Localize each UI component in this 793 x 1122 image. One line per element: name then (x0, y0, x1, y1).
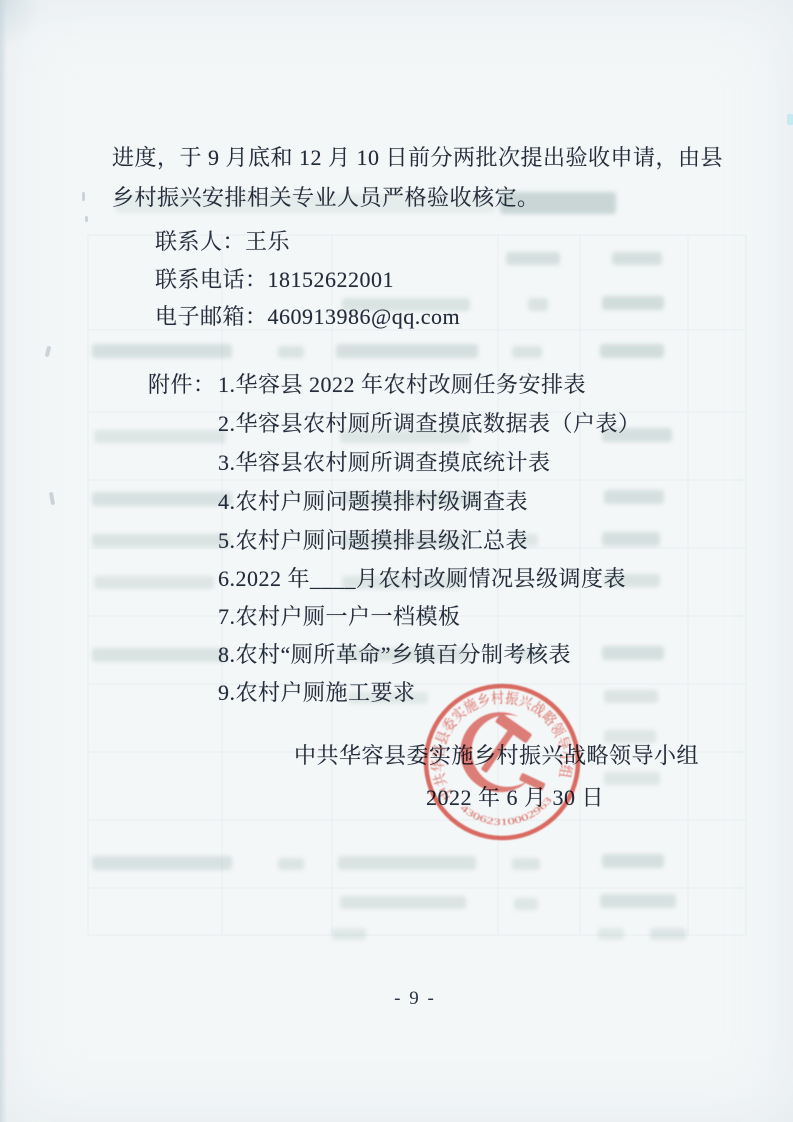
attachment-item: 6.2022 年____月农村改厕情况县级调度表 (218, 565, 626, 593)
seal-ring-text: 中共华容县委实施乡村振兴战略领导小组 (418, 678, 578, 803)
contact-phone-line: 联系电话：18152622001 (155, 266, 394, 294)
attachment-item: 3.华容县农村厕所调查摸底统计表 (218, 449, 551, 477)
attachment-item: 9.农村户厕施工要求 (218, 679, 416, 707)
contact-person-line: 联系人：王乐 (155, 228, 290, 256)
contact-email-line: 电子邮箱：460913986@qq.com (155, 303, 460, 331)
hammer-and-sickle-icon (454, 706, 547, 804)
attachment-item: 4.农村户厕问题摸排村级调查表 (218, 488, 528, 516)
body-paragraph-line: 乡村振兴安排相关专业人员严格验收核定。 (112, 184, 540, 212)
attachment-item: 1.华容县 2022 年农村改厕任务安排表 (218, 371, 586, 399)
attachment-item: 7.农村户厕一户一档模板 (218, 603, 461, 631)
attachment-item: 2.华容县农村厕所调查摸底数据表（户表） (218, 410, 641, 438)
attachments-label: 附件： (148, 371, 216, 399)
seal-code: 43062310002963 (457, 788, 558, 836)
page-number: - 9 - (394, 988, 436, 1010)
document-page: 进度，于 9 月底和 12 月 10 日前分两批次提出验收申请，由县 乡村振兴安… (0, 0, 793, 1122)
attachment-item: 5.农村户厕问题摸排县级汇总表 (218, 527, 528, 555)
body-paragraph-line: 进度，于 9 月底和 12 月 10 日前分两批次提出验收申请，由县 (112, 144, 723, 172)
official-seal: 中共华容县委实施乡村振兴战略领导小组 43062310002963 (402, 662, 602, 862)
